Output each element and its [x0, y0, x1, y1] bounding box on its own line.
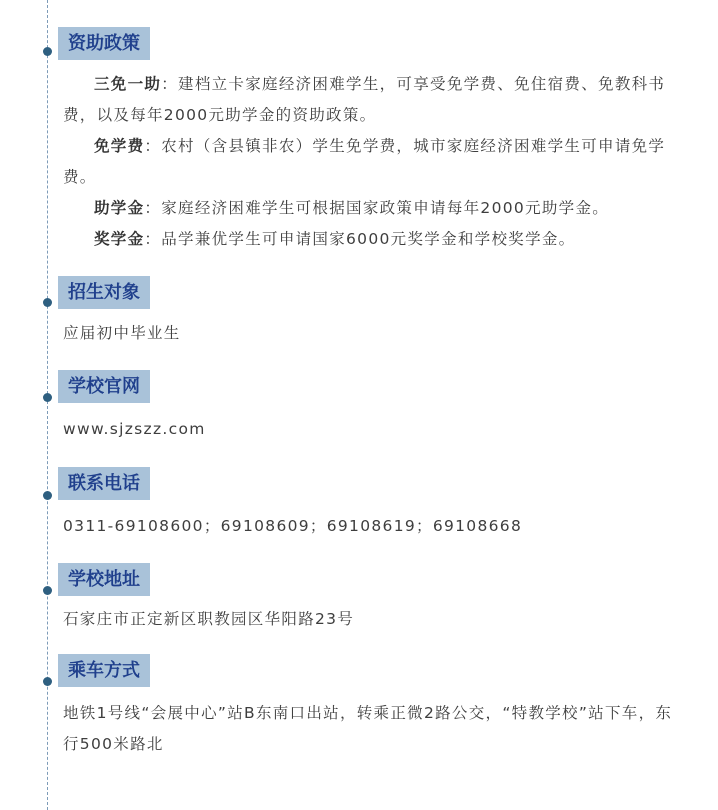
policy-paragraph: 助学金：家庭经济困难学生可根据国家政策申请每年2000元助学金。 [63, 193, 673, 224]
policy-term: 奖学金 [94, 230, 144, 248]
school-address-text: 石家庄市正定新区职教园区华阳路23号 [63, 604, 673, 635]
timeline-dot-icon [43, 47, 52, 56]
section-heading-badge: 联系电话 [58, 467, 150, 500]
section-heading-badge: 资助政策 [58, 27, 150, 60]
policy-separator: ： [144, 137, 161, 155]
section-heading-badge: 乘车方式 [58, 654, 150, 687]
policy-term: 免学费 [94, 137, 144, 155]
section-title: 招生对象 [58, 276, 150, 309]
section-title: 学校地址 [58, 563, 150, 596]
section-heading-badge: 学校地址 [58, 563, 150, 596]
school-website-link[interactable]: www.sjzszz.com [63, 414, 673, 445]
timeline-dot-icon [43, 677, 52, 686]
policy-paragraph: 奖学金：品学兼优学生可申请国家6000元奖学金和学校奖学金。 [63, 224, 673, 255]
timeline-dot-icon [43, 491, 52, 500]
section-title: 学校官网 [58, 370, 150, 403]
section-title: 联系电话 [58, 467, 150, 500]
policy-separator: ： [144, 230, 161, 248]
policy-paragraph: 免学费：农村（含县镇非农）学生免学费，城市家庭经济困难学生可申请免学费。 [63, 131, 673, 193]
policy-separator: ： [161, 75, 178, 93]
timeline-dot-icon [43, 393, 52, 402]
transport-text: 地铁1号线“会展中心”站B东南口出站，转乘正微2路公交，“特教学校”站下车，东行… [63, 698, 673, 760]
section-title: 乘车方式 [58, 654, 150, 687]
section-heading-badge: 学校官网 [58, 370, 150, 403]
policy-term: 助学金 [94, 199, 144, 217]
timeline-dot-icon [43, 298, 52, 307]
policy-paragraph: 三免一助：建档立卡家庭经济困难学生，可享受免学费、免住宿费、免教科书费，以及每年… [63, 69, 673, 131]
policy-text: 家庭经济困难学生可根据国家政策申请每年2000元助学金。 [161, 199, 609, 217]
section-heading-badge: 招生对象 [58, 276, 150, 309]
section-title: 资助政策 [58, 27, 150, 60]
policy-separator: ： [144, 199, 161, 217]
enrollment-target-text: 应届初中毕业生 [63, 318, 673, 349]
contact-phone-text: 0311-69108600；69108609；69108619；69108668 [63, 511, 673, 542]
timeline-dot-icon [43, 586, 52, 595]
policy-text: 品学兼优学生可申请国家6000元奖学金和学校奖学金。 [161, 230, 575, 248]
section-body: 三免一助：建档立卡家庭经济困难学生，可享受免学费、免住宿费、免教科书费，以及每年… [63, 69, 673, 255]
policy-term: 三免一助 [94, 75, 161, 93]
timeline-line [47, 0, 48, 810]
